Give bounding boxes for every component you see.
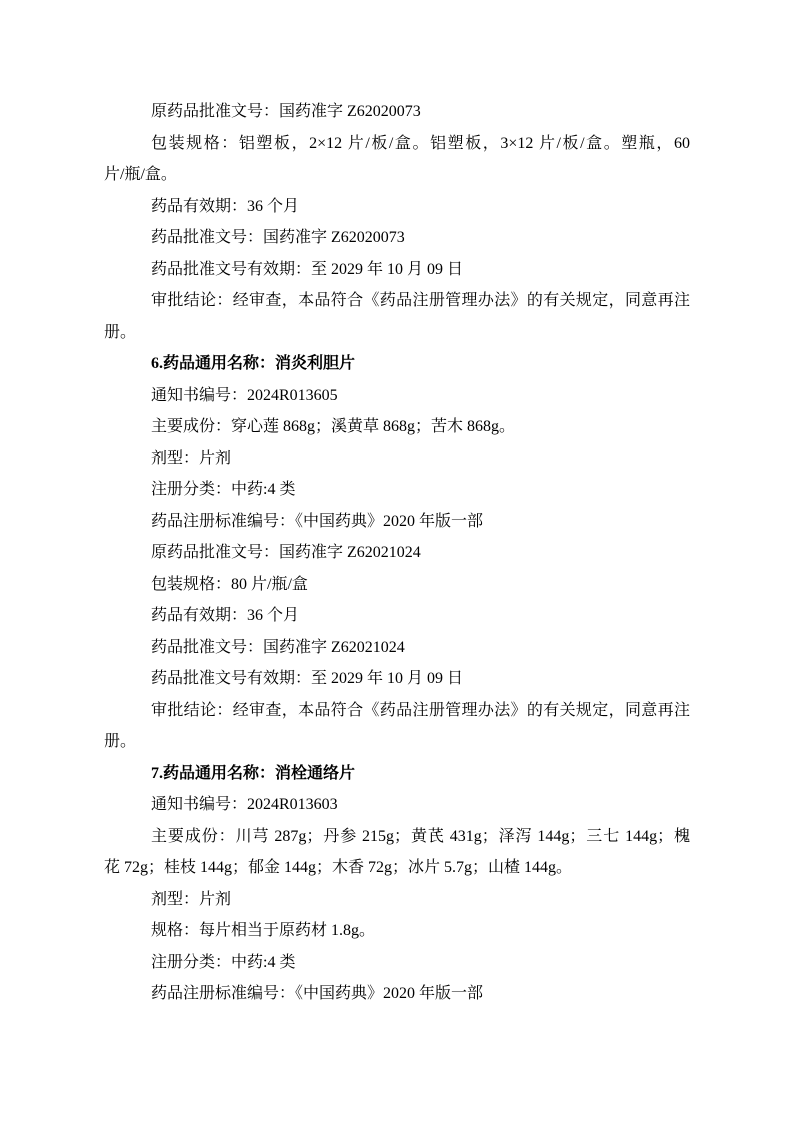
- text-line: 药品批准文号：国药准字 Z62021024: [104, 632, 690, 664]
- text-line: 通知书编号：2024R013605: [104, 380, 690, 412]
- text-line: 通知书编号：2024R013603: [104, 789, 690, 821]
- text-line: 包装规格：80 片/瓶/盒: [104, 569, 690, 601]
- text-line: 审批结论：经审查，本品符合《药品注册管理办法》的有关规定，同意再注: [104, 285, 690, 317]
- text-line: 原药品批准文号：国药准字 Z62020073: [104, 96, 690, 128]
- section-heading-7: 7.药品通用名称：消栓通络片: [104, 758, 690, 790]
- text-line-continuation: 册。: [104, 317, 690, 349]
- text-line: 注册分类：中药:4 类: [104, 947, 690, 979]
- text-line-continuation: 片/瓶/盒。: [104, 159, 690, 191]
- text-line: 注册分类：中药:4 类: [104, 474, 690, 506]
- text-line-continuation: 花 72g；桂枝 144g；郁金 144g；木香 72g；冰片 5.7g；山楂 …: [104, 852, 690, 884]
- text-line: 规格：每片相当于原药材 1.8g。: [104, 915, 690, 947]
- text-line: 剂型：片剂: [104, 884, 690, 916]
- text-line: 药品注册标准编号：《中国药典》2020 年版一部: [104, 978, 690, 1010]
- text-line: 药品批准文号有效期：至 2029 年 10 月 09 日: [104, 254, 690, 286]
- text-line: 药品有效期：36 个月: [104, 600, 690, 632]
- text-line: 审批结论：经审查，本品符合《药品注册管理办法》的有关规定，同意再注: [104, 695, 690, 727]
- document-text-block: 原药品批准文号：国药准字 Z62020073 包装规格：铝塑板，2×12 片/板…: [104, 96, 690, 1010]
- document-page: 原药品批准文号：国药准字 Z62020073 包装规格：铝塑板，2×12 片/板…: [0, 0, 794, 1122]
- text-line: 原药品批准文号：国药准字 Z62021024: [104, 537, 690, 569]
- text-line-continuation: 册。: [104, 726, 690, 758]
- text-line: 药品注册标准编号：《中国药典》2020 年版一部: [104, 506, 690, 538]
- text-line: 药品批准文号有效期：至 2029 年 10 月 09 日: [104, 663, 690, 695]
- text-line: 主要成份：川芎 287g；丹参 215g；黄芪 431g；泽泻 144g；三七 …: [104, 821, 690, 853]
- text-line: 主要成份：穿心莲 868g；溪黄草 868g；苦木 868g。: [104, 411, 690, 443]
- text-line: 包装规格：铝塑板，2×12 片/板/盒。铝塑板，3×12 片/板/盒。塑瓶，60: [104, 128, 690, 160]
- text-line: 剂型：片剂: [104, 443, 690, 475]
- text-line: 药品批准文号：国药准字 Z62020073: [104, 222, 690, 254]
- text-line: 药品有效期：36 个月: [104, 191, 690, 223]
- section-heading-6: 6.药品通用名称：消炎利胆片: [104, 348, 690, 380]
